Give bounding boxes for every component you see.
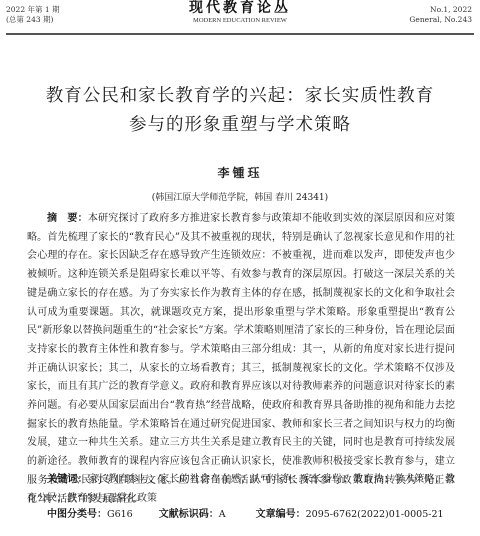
classification-row: 中图分类号：G616文献标识码：A文章编号：2095-6762(2022)01-… bbox=[47, 508, 444, 522]
journal-title-cn: 现代教育论丛 bbox=[0, 1, 480, 16]
general-number-en: General, No.243 bbox=[409, 15, 472, 25]
journal-title-block: 现代教育论丛 MODERN EDUCATION REVIEW bbox=[0, 1, 480, 25]
header-divider bbox=[6, 33, 474, 35]
author-name: 李锺珏 bbox=[0, 164, 480, 181]
journal-header: 2022 年第 1 期 (总第 243 期) 现代教育论丛 MODERN EDU… bbox=[0, 0, 480, 18]
title-line-1: 教育公民和家长教育学的兴起：家长实质性教育 bbox=[0, 82, 480, 111]
abstract-text: 本研究探讨了政府多方推进家长教育参与政策却不能收到实效的深层原因和应对策略。首先… bbox=[27, 213, 455, 505]
issue-number-en: No.1, 2022 bbox=[409, 5, 472, 15]
journal-title-en: MODERN EDUCATION REVIEW bbox=[0, 16, 480, 25]
abstract-label: 摘 要： bbox=[47, 213, 88, 224]
keywords: 关键词：家长教育参与；家长的社会存在感；认可斗争；家长身份；教育热；学术策略；教… bbox=[27, 471, 455, 508]
document-code: 文献标识码：A bbox=[159, 508, 226, 522]
title-line-2: 参与的形象重塑与学术策略 bbox=[0, 111, 480, 140]
keywords-text: 家长教育参与；家长的社会存在感；认可斗争；家长身份；教育热；学术策略；教育公民；… bbox=[27, 474, 455, 504]
clc-number: 中图分类号：G616 bbox=[47, 508, 133, 522]
article-title: 教育公民和家长教育学的兴起：家长实质性教育 参与的形象重塑与学术策略 bbox=[0, 82, 480, 140]
abstract: 摘 要：本研究探讨了政府多方推进家长教育参与政策却不能收到实效的深层原因和应对策… bbox=[27, 210, 455, 509]
keywords-label: 关键词： bbox=[47, 474, 88, 485]
author-affiliation: (韩国江原大学师范学院，韩国 春川 24341) bbox=[0, 190, 480, 203]
article-number: 文章编号：2095-6762(2022)01-0005-21 bbox=[256, 508, 444, 522]
issue-info-en: No.1, 2022 General, No.243 bbox=[409, 5, 472, 25]
